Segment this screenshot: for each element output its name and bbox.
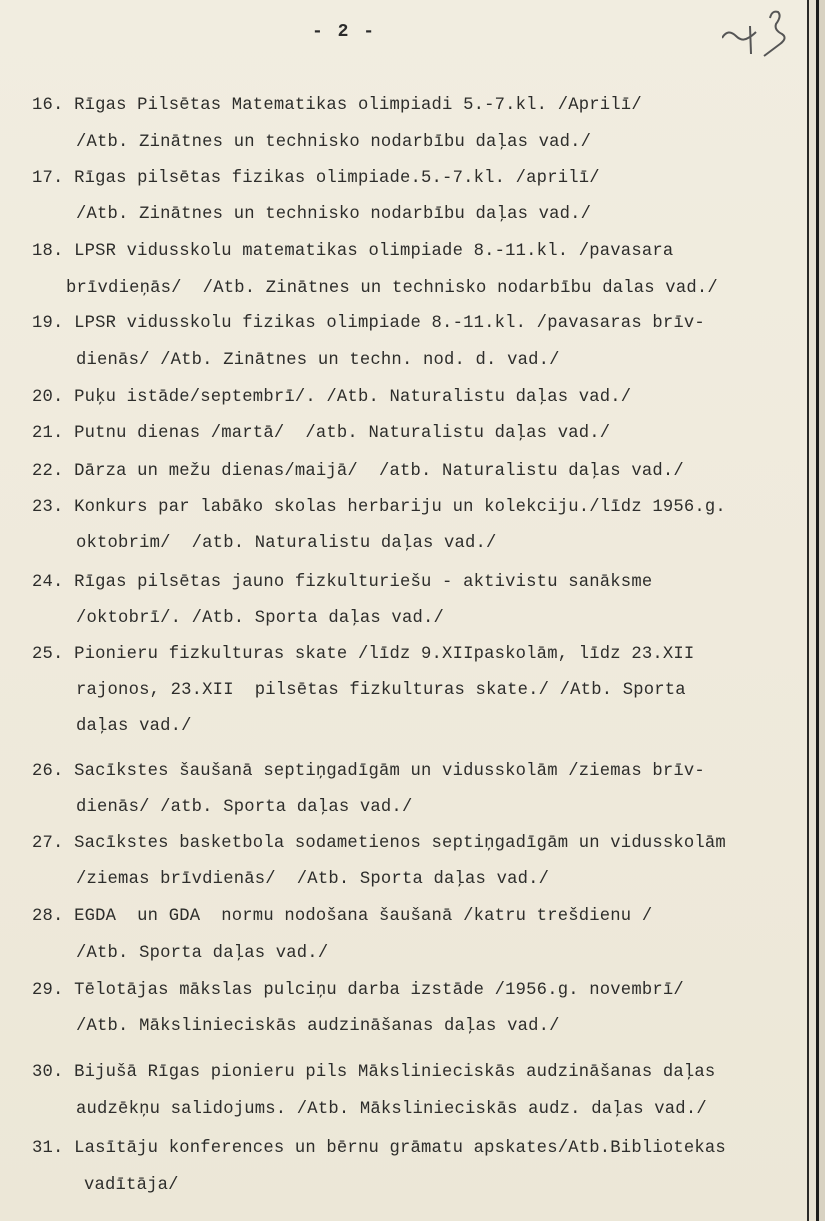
list-item-continuation: /Atb. Sporta daļas vad./ xyxy=(76,944,328,963)
item-text: Lasītāju konferences un bērnu grāmatu ap… xyxy=(74,1139,726,1158)
list-item-continuation: /ziemas brīvdienās/ /Atb. Sporta daļas v… xyxy=(76,870,549,889)
list-item-continuation: /oktobrī/. /Atb. Sporta daļas vad./ xyxy=(76,609,444,628)
list-item-continuation: /Atb. Zinātnes un technisko nodarbību da… xyxy=(76,133,591,152)
item-text: Puķu istāde/septembrī/. /Atb. Naturalist… xyxy=(74,388,631,407)
item-number: 27. xyxy=(32,834,74,853)
item-text: Rīgas pilsētas jauno fizkulturiešu - akt… xyxy=(74,573,652,592)
item-number: 25. xyxy=(32,645,74,664)
list-item: 16. Rīgas Pilsētas Matematikas olimpiadi… xyxy=(32,96,642,115)
item-text: Bijušā Rīgas pionieru pils Māksliniecisk… xyxy=(74,1063,715,1082)
list-item: 22. Dārza un mežu dienas/maijā/ /atb. Na… xyxy=(32,462,684,481)
list-item-continuation: dienās/ /Atb. Zinātnes un techn. nod. d.… xyxy=(76,351,560,370)
item-text: Sacīkstes basketbola sodametienos septiņ… xyxy=(74,834,726,853)
list-item: 27. Sacīkstes basketbola sodametienos se… xyxy=(32,834,726,853)
item-text: LPSR vidusskolu matematikas olimpiade 8.… xyxy=(74,242,673,261)
item-number: 21. xyxy=(32,424,74,443)
list-item: 30. Bijušā Rīgas pionieru pils Mākslinie… xyxy=(32,1063,715,1082)
list-item: 25. Pionieru fizkulturas skate /līdz 9.X… xyxy=(32,645,694,664)
item-text: Pionieru fizkulturas skate /līdz 9.XIIpa… xyxy=(74,645,694,664)
item-text: EGDA un GDA normu nodošana šaušanā /katr… xyxy=(74,907,652,926)
item-number: 23. xyxy=(32,498,74,517)
item-text: Sacīkstes šaušanā septiņgadīgām un vidus… xyxy=(74,762,705,781)
list-item: 26. Sacīkstes šaušanā septiņgadīgām un v… xyxy=(32,762,705,781)
list-item-continuation: audzēkņu salidojums. /Atb. Māksliniecisk… xyxy=(76,1100,707,1119)
list-item-continuation: /Atb. Zinātnes un technisko nodarbību da… xyxy=(76,205,591,224)
item-number: 24. xyxy=(32,573,74,592)
item-text: Rīgas pilsētas fizikas olimpiade.5.-7.kl… xyxy=(74,169,600,188)
item-text: Dārza un mežu dienas/maijā/ /atb. Natura… xyxy=(74,462,684,481)
list-item-continuation: daļas vad./ xyxy=(76,717,192,736)
list-item: 19. LPSR vidusskolu fizikas olimpiade 8.… xyxy=(32,314,705,333)
item-number: 17. xyxy=(32,169,74,188)
list-item: 20. Puķu istāde/septembrī/. /Atb. Natura… xyxy=(32,388,631,407)
item-number: 19. xyxy=(32,314,74,333)
list-item: 31. Lasītāju konferences un bērnu grāmat… xyxy=(32,1139,726,1158)
page-edge-gap xyxy=(809,0,816,1221)
list-item: 21. Putnu dienas /martā/ /atb. Naturalis… xyxy=(32,424,610,443)
item-number: 16. xyxy=(32,96,74,115)
item-text: Konkurs par labāko skolas herbariju un k… xyxy=(74,498,726,517)
list-item: 28. EGDA un GDA normu nodošana šaušanā /… xyxy=(32,907,652,926)
list-item: 18. LPSR vidusskolu matematikas olimpiad… xyxy=(32,242,673,261)
item-text: LPSR vidusskolu fizikas olimpiade 8.-11.… xyxy=(74,314,705,333)
item-text: Putnu dienas /martā/ /atb. Naturalistu d… xyxy=(74,424,610,443)
list-item-continuation: /Atb. Mākslinieciskās audzināšanas daļas… xyxy=(76,1017,560,1036)
item-text: Tēlotājas mākslas pulciņu darba izstāde … xyxy=(74,981,684,1000)
item-text: Rīgas Pilsētas Matematikas olimpiadi 5.-… xyxy=(74,96,642,115)
list-item-continuation: vadītāja/ xyxy=(84,1176,179,1195)
item-number: 29. xyxy=(32,981,74,1000)
item-number: 22. xyxy=(32,462,74,481)
item-number: 20. xyxy=(32,388,74,407)
page-edge-shadow xyxy=(819,0,825,1221)
item-number: 28. xyxy=(32,907,74,926)
item-number: 31. xyxy=(32,1139,74,1158)
list-item: 29. Tēlotājas mākslas pulciņu darba izst… xyxy=(32,981,684,1000)
list-item: 24. Rīgas pilsētas jauno fizkulturiešu -… xyxy=(32,573,652,592)
list-item-continuation: brīvdieņās/ /Atb. Zinātnes un technisko … xyxy=(66,279,718,298)
item-number: 18. xyxy=(32,242,74,261)
list-item-continuation: oktobrim/ /atb. Naturalistu daļas vad./ xyxy=(76,534,497,553)
handwritten-folio-number xyxy=(722,6,792,58)
list-item-continuation: rajonos, 23.XII pilsētas fizkulturas ska… xyxy=(76,681,686,700)
list-item: 23. Konkurs par labāko skolas herbariju … xyxy=(32,498,726,517)
page-number: - 2 - xyxy=(312,22,376,42)
item-number: 26. xyxy=(32,762,74,781)
list-item-continuation: dienās/ /atb. Sporta daļas vad./ xyxy=(76,798,412,817)
item-number: 30. xyxy=(32,1063,74,1082)
list-item: 17. Rīgas pilsētas fizikas olimpiade.5.-… xyxy=(32,169,600,188)
